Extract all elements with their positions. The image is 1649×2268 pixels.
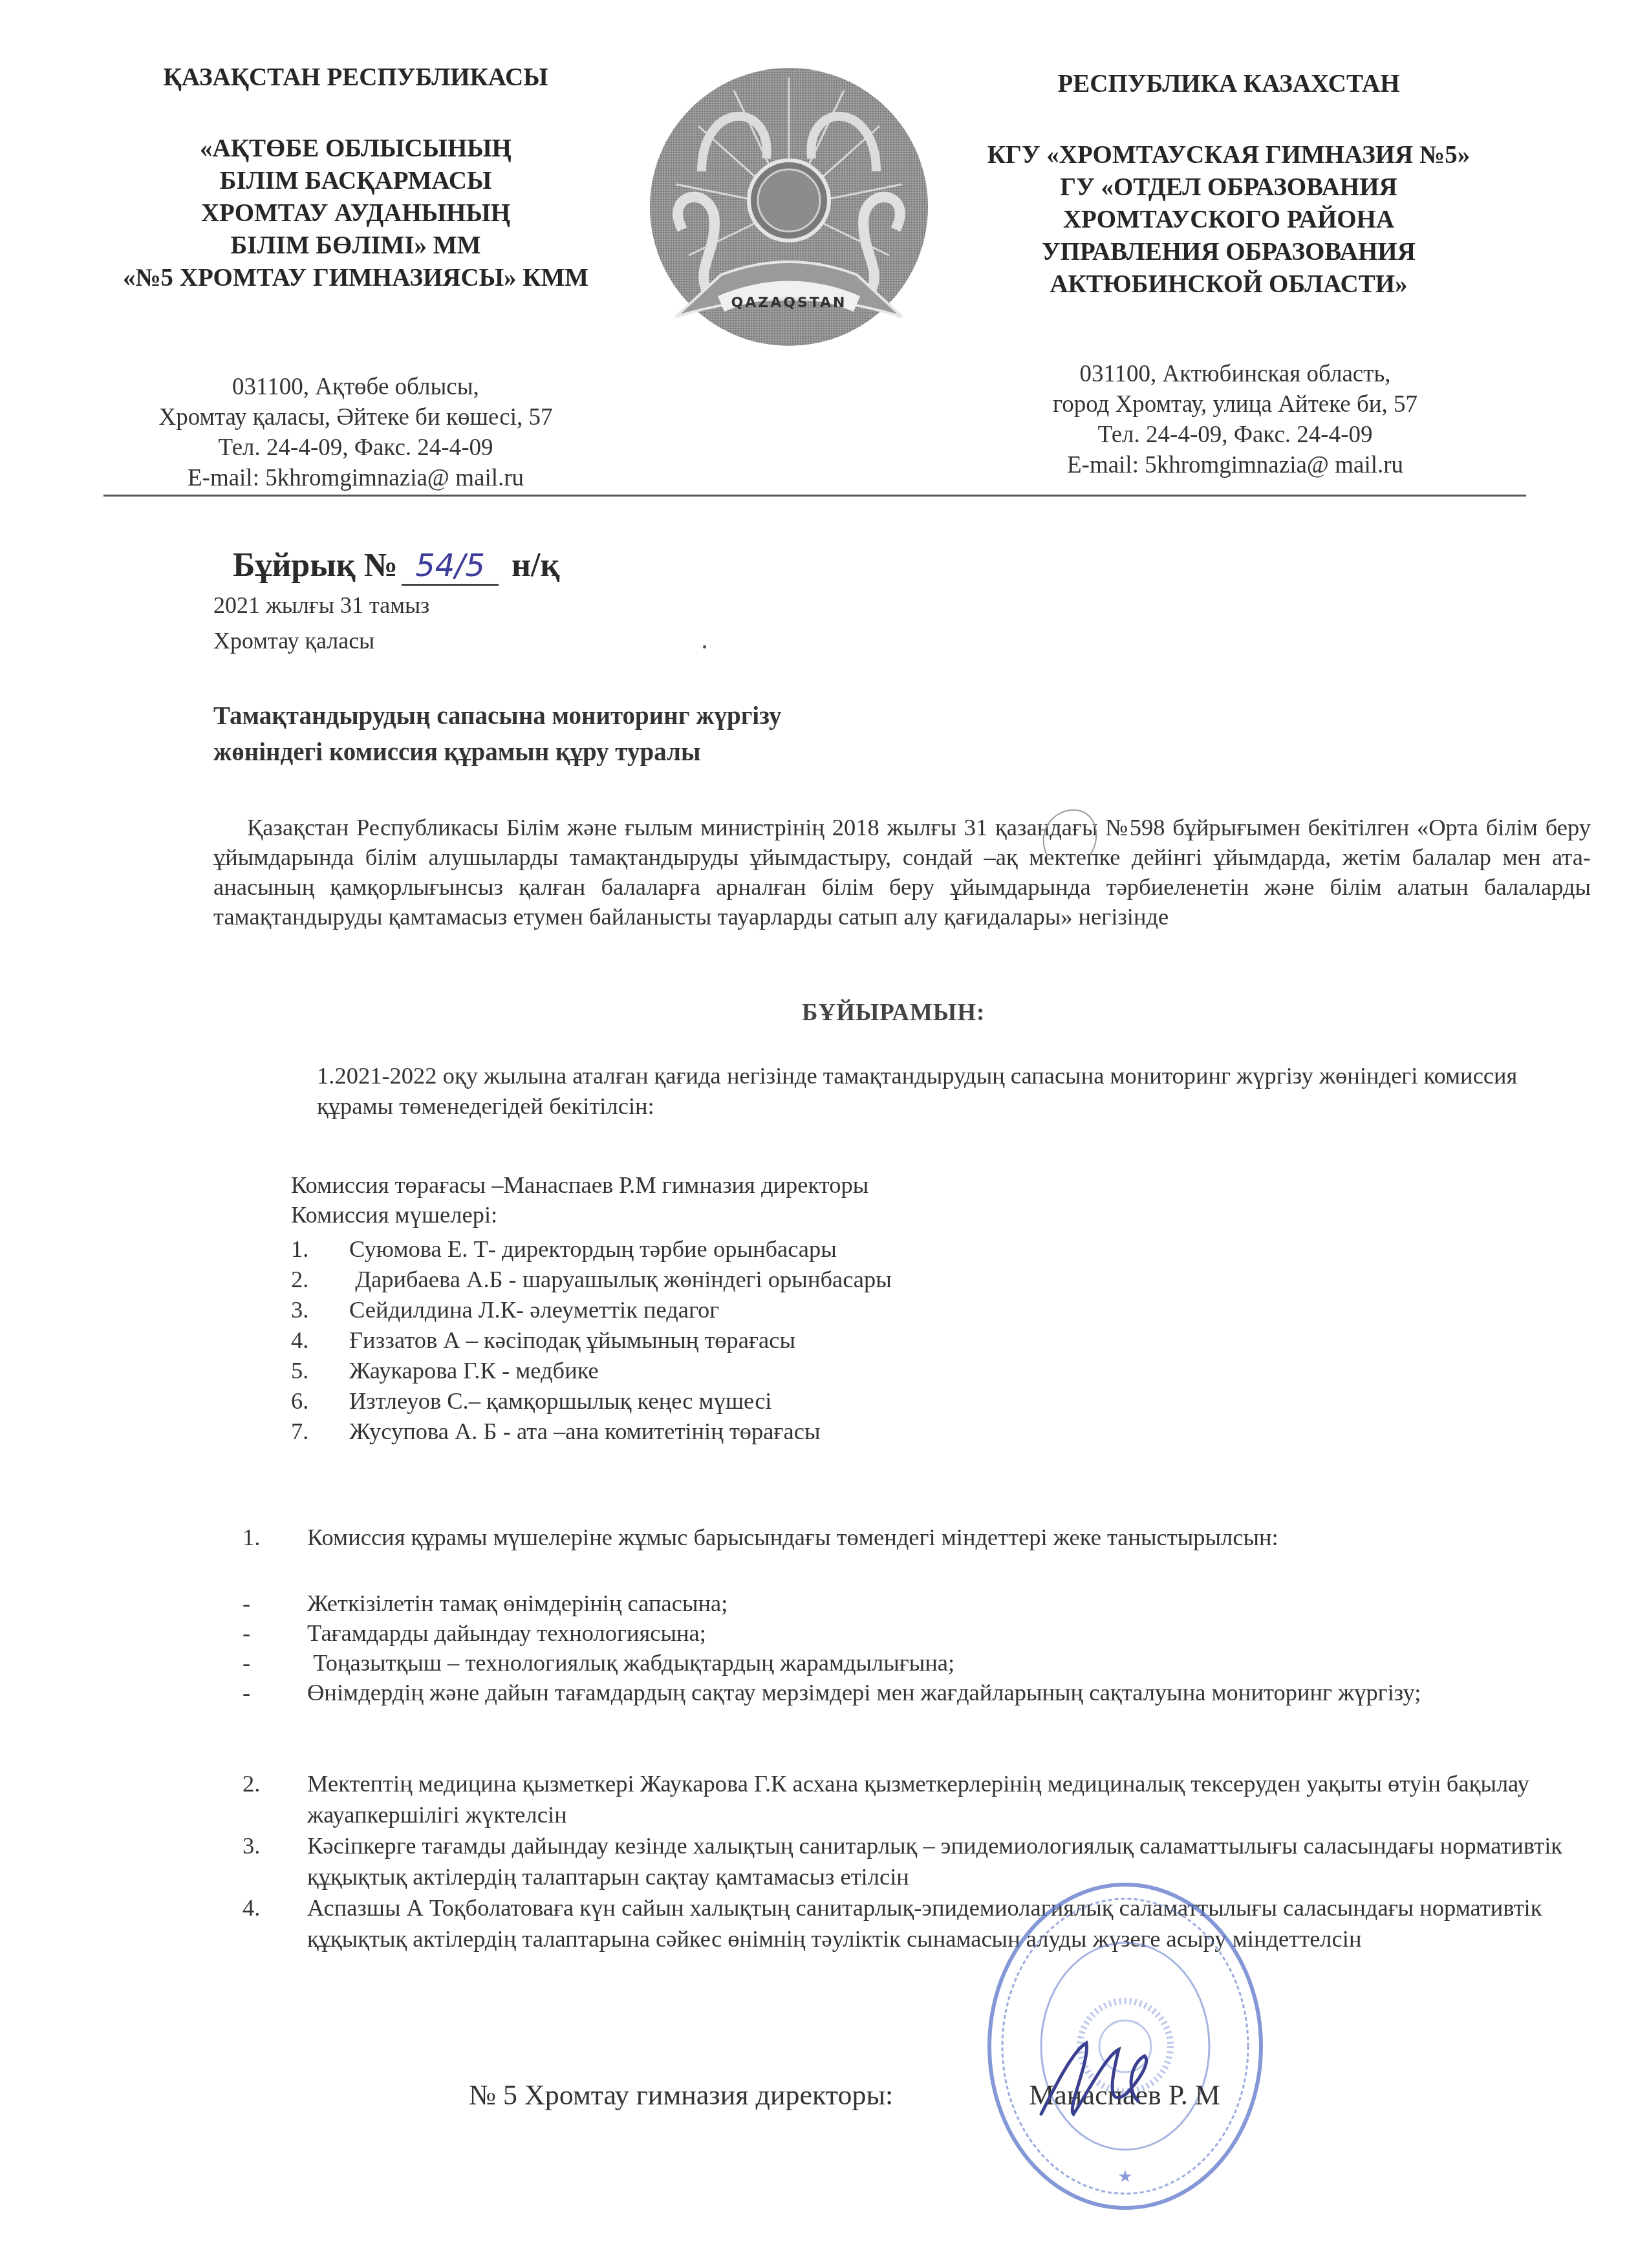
commission-members-list: 1.Суюмова Е. Т- директордың тәрбие орынб… (291, 1235, 892, 1448)
order-title: Бұйрық №54/5н/қ (233, 546, 559, 586)
members-label: Комиссия мүшелері: (291, 1200, 868, 1230)
org-line: БІЛІМ БӨЛІМІ» ММ (97, 230, 614, 262)
list-item: 3.Кәсіпкерге тағамды дайындау кезінде ха… (242, 1830, 1633, 1892)
list-item: -Тағамдарды дайындау технологиясына; (242, 1619, 1421, 1649)
org-line: УПРАВЛЕНИЯ ОБРАЗОВАНИЯ (957, 236, 1500, 268)
country-name-kz: ҚАЗАҚСТАН РЕСПУБЛИКАСЫ (97, 61, 614, 94)
org-line: «АҚТӨБЕ ОБЛЫСЫНЫҢ (97, 133, 614, 165)
speck (703, 645, 706, 648)
duties-list: -Жеткізілетін тамақ өнімдерінің сапасына… (242, 1589, 1421, 1708)
list-item: 2.Мектептің медицина қызметкері Жаукаров… (242, 1768, 1633, 1830)
org-line: ХРОМТАУ АУДАНЫНЫҢ (97, 197, 614, 230)
header-divider (103, 495, 1526, 497)
list-item: 2. Дарибаева А.Б - шаруашылық жөніндегі … (291, 1265, 892, 1296)
phone-line: Тел. 24-4-09, Факс. 24-4-09 (970, 420, 1500, 450)
order-number-handwritten: 54/5 (402, 548, 499, 586)
address-block-ru: 031100, Актюбинская область, город Хромт… (970, 359, 1500, 480)
phone-line: Тел. 24-4-09, Факс. 24-4-09 (103, 433, 608, 463)
list-item: 4.Аспазшы А Тоқболатоваға күн сайын халы… (242, 1892, 1633, 1954)
duties-intro: 1.Комиссия құрамы мүшелеріне жұмыс барыс… (242, 1523, 1613, 1552)
org-line: ХРОМТАУСКОГО РАЙОНА (957, 204, 1500, 236)
org-line: КГУ «ХРОМТАУСКАЯ ГИМНАЗИЯ №5» (957, 139, 1500, 171)
order-prefix: Бұйрық № (233, 547, 398, 584)
org-line: ГУ «ОТДЕЛ ОБРАЗОВАНИЯ (957, 171, 1500, 204)
commission-chair: Комиссия төрағасы –Манаспаев Р.М гимнази… (291, 1170, 868, 1200)
address-line: 031100, Ақтөбе облысы, (103, 372, 608, 402)
address-line: 031100, Актюбинская область, (970, 359, 1500, 389)
list-item: -Өнімдердің және дайын тағамдардың сақта… (242, 1678, 1421, 1708)
org-line: «№5 ХРОМТАУ ГИМНАЗИЯСЫ» КММ (97, 262, 614, 294)
org-line: АКТЮБИНСКОЙ ОБЛАСТИ» (957, 268, 1500, 301)
country-name-ru: РЕСПУБЛИКА КАЗАХСТАН (957, 68, 1500, 100)
order-subject: Тамақтандырудың сапасына мониторинг жүрг… (213, 698, 782, 771)
email-line: E-mail: 5khromgimnazia@ mail.ru (103, 463, 608, 493)
header-right-russian: РЕСПУБЛИКА КАЗАХСТАН КГУ «ХРОМТАУСКАЯ ГИ… (957, 68, 1500, 301)
list-item: 5.Жаукарова Г.К - медбике (291, 1356, 892, 1387)
decree-heading: БҰЙЫРАМЫН: (802, 999, 985, 1027)
order-date: 2021 жылғы 31 тамыз (213, 592, 429, 619)
order-suffix: н/қ (512, 547, 559, 584)
subject-line: Тамақтандырудың сапасына мониторинг жүрг… (213, 698, 782, 734)
commission-header: Комиссия төрағасы –Манаспаев Р.М гимнази… (291, 1170, 868, 1230)
handwritten-signature-icon (1028, 2037, 1183, 2127)
address-line: город Хромтау, улица Айтеке би, 57 (970, 389, 1500, 420)
subject-line: жөніндегі комиссия құрамын құру туралы (213, 734, 782, 771)
list-item: 1.Суюмова Е. Т- директордың тәрбие орынб… (291, 1235, 892, 1265)
list-item: -Жеткізілетін тамақ өнімдерінің сапасына… (242, 1589, 1421, 1619)
order-place: Хромтау қаласы (213, 627, 374, 654)
pencil-circle-mark (1035, 805, 1106, 866)
list-item: - Тоңазытқыш – технологиялық жабдықтарды… (242, 1649, 1421, 1678)
signatory-position: № 5 Хромтау гимназия директоры: (469, 2079, 893, 2111)
order-items-list: 2.Мектептің медицина қызметкері Жаукаров… (242, 1768, 1633, 1954)
list-item: 4.Ғиззатов А – кәсіподақ ұйымының төраға… (291, 1326, 892, 1356)
header-left-kazakh: ҚАЗАҚСТАН РЕСПУБЛИКАСЫ «АҚТӨБЕ ОБЛЫСЫНЫҢ… (97, 61, 614, 294)
list-item: 3.Сейдилдина Л.К- әлеуметтік педагог (291, 1296, 892, 1326)
point-1-text: 1.2021-2022 оқу жылына аталған қағида не… (317, 1060, 1578, 1121)
list-item: 7.Жусупова А. Б - ата –ана комитетінің т… (291, 1417, 892, 1448)
emblem-text: QAZAQSTAN (731, 295, 847, 311)
state-emblem-icon: QAZAQSTAN (637, 61, 941, 365)
list-item: 6.Изтлеуов С.– қамқоршылық кеңес мүшесі (291, 1387, 892, 1417)
svg-text:★: ★ (1117, 2167, 1132, 2187)
address-line: Хромтау қаласы, Әйтеке би көшесі, 57 (103, 402, 608, 433)
address-block-kz: 031100, Ақтөбе облысы, Хромтау қаласы, Ә… (103, 372, 608, 493)
org-line: БІЛІМ БАСҚАРМАСЫ (97, 165, 614, 197)
preamble-paragraph: Қазақстан Республикасы Білім және ғылым … (213, 813, 1591, 932)
email-line: E-mail: 5khromgimnazia@ mail.ru (970, 450, 1500, 480)
